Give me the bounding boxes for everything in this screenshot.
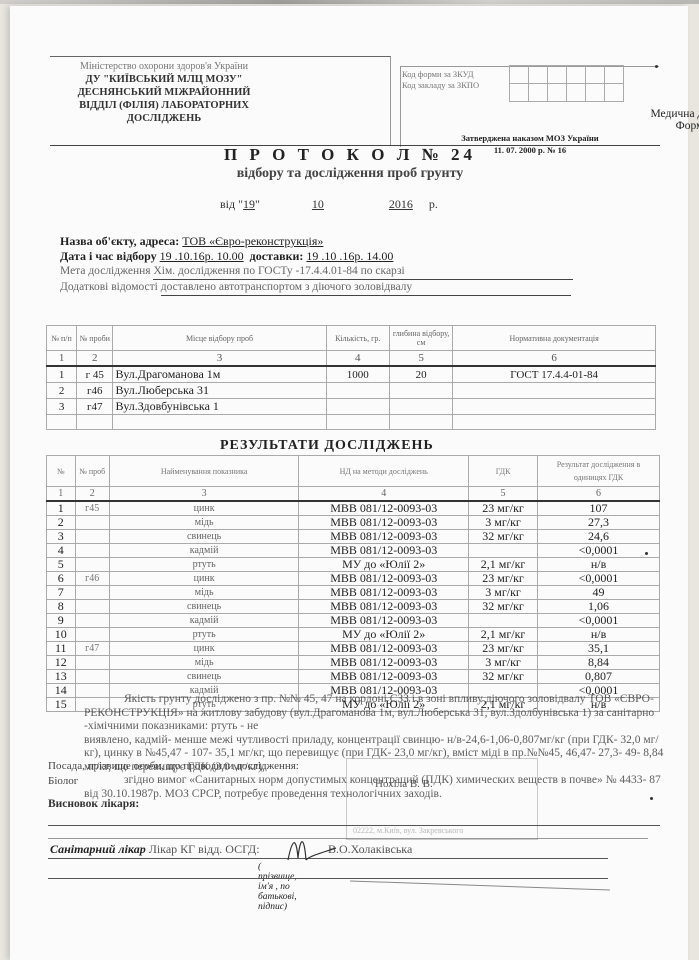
conclusion-p1: Якість грунту досліджено з пр. №№ 45, 47…: [84, 693, 664, 734]
norm-doc: [453, 399, 656, 415]
cell: [113, 415, 326, 430]
depth: [389, 383, 452, 399]
table-row: 11г47цинкМВВ 081/12-0093-0323 мг/кг35,1: [47, 642, 660, 656]
table-row: 2г46Вул.Люберська 31: [47, 383, 656, 399]
gdk-limit: 23 мг/кг: [469, 642, 538, 656]
delivery-value: 19 .10 .16р. 14.00: [306, 249, 393, 263]
sampling-label: Дата і час відбору: [60, 249, 157, 263]
table-row: 7мідьМВВ 081/12-0093-033 мг/кг49: [47, 586, 660, 600]
indicator-name: мідь: [109, 586, 298, 600]
indicator-name: кадмій: [109, 614, 298, 628]
column-header: Найменування показника: [109, 456, 298, 487]
probe-id: [75, 586, 109, 600]
cell: [77, 415, 113, 430]
method-doc: МУ до «Юлії 2»: [299, 558, 469, 572]
column-number: 5: [389, 351, 452, 367]
column-number: 1: [47, 351, 77, 367]
row-number: 8: [47, 600, 76, 614]
cell: [389, 415, 452, 430]
table-row: 5ртутьМУ до «Юлії 2»2,1 мг/кгн/в: [47, 558, 660, 572]
extra-value: доставлено автотранспортом з діючого зол…: [161, 280, 571, 296]
row-number: 4: [47, 544, 76, 558]
table-row: 3свинецьМВВ 081/12-0093-0332 мг/кг24,6: [47, 530, 660, 544]
column-header: № проб: [75, 456, 109, 487]
probe-id: [75, 530, 109, 544]
indicator-name: цинк: [109, 572, 298, 586]
med-doc-label: Медична документація: [402, 108, 699, 120]
department: Лікар КГ відд. ОСГД:: [149, 842, 260, 856]
row-number: 10: [47, 628, 76, 642]
column-header: №: [47, 456, 76, 487]
indicator-name: свинець: [109, 530, 298, 544]
method-doc: МВВ 081/12-0093-03: [299, 501, 469, 516]
table-row: 4кадмійМВВ 081/12-0093-03<0,0001: [47, 544, 660, 558]
method-doc: МВВ 081/12-0093-03: [299, 642, 469, 656]
page-fold-shadow: [0, 0, 699, 4]
norm-doc: ГОСТ 17.4.4-01-84: [453, 366, 656, 383]
stamp: 02222, м.Київ, вул. Закревського: [346, 758, 538, 840]
speck: [650, 797, 653, 800]
codes-labels: Код форми за ЗКУД Код закладу за ЗКПО: [402, 69, 479, 91]
approved-label: Затверджена наказом МОЗ України: [402, 132, 658, 144]
code-form-label: Код форми за ЗКУД: [402, 69, 479, 80]
result-value: 24,6: [538, 530, 660, 544]
column-header: глибина відбору, см: [389, 326, 452, 351]
org-line-4: ДОСЛІДЖЕНЬ: [54, 112, 274, 125]
probe-id: [75, 600, 109, 614]
date-year: 2016: [376, 197, 426, 212]
table-row: 9кадмійМВВ 081/12-0093-03<0,0001: [47, 614, 660, 628]
gdk-limit: 2,1 мг/кг: [469, 628, 538, 642]
column-header: Місце відбору проб: [113, 326, 326, 351]
result-value: 8,84: [538, 656, 660, 670]
protocol-title: П Р О Т О К О Л № 24 відбору та дослідже…: [200, 145, 500, 182]
indicator-name: мідь: [109, 516, 298, 530]
date-month: 10: [263, 197, 373, 212]
result-value: н/в: [538, 628, 660, 642]
row-number: 3: [47, 530, 76, 544]
row-number: 12: [47, 656, 76, 670]
purpose-value: Хім. дослідження по ГОСТу -17.4.4.01-84 …: [153, 264, 573, 280]
sampling-place: Вул.Здовбунівська 1: [113, 399, 326, 415]
sampling-place: Вул.Люберська 31: [113, 383, 326, 399]
gdk-limit: 32 мг/кг: [469, 670, 538, 684]
row-number: 13: [47, 670, 76, 684]
object-label: Назва об'єкту, адреса:: [60, 234, 179, 248]
row-number: 6: [47, 572, 76, 586]
gdk-limit: 3 мг/кг: [469, 586, 538, 600]
indicator-name: мідь: [109, 656, 298, 670]
row-number: 1: [47, 501, 76, 516]
row-number: 9: [47, 614, 76, 628]
protocol-meta: Назва об'єкту, адреса: ТОВ «Євро-реконст…: [60, 234, 573, 296]
column-header: Нормативна документація: [453, 326, 656, 351]
probe-id: г 45: [77, 366, 113, 383]
method-doc: МВВ 081/12-0093-03: [299, 544, 469, 558]
table-row: 8свинецьМВВ 081/12-0093-0332 мг/кг1,06: [47, 600, 660, 614]
method-doc: МВВ 081/12-0093-03: [299, 670, 469, 684]
column-header: № проби: [77, 326, 113, 351]
sampling-value: 19 .10.16р. 10.00: [160, 249, 244, 263]
result-value: <0,0001: [538, 572, 660, 586]
probe-id: [75, 544, 109, 558]
purpose-label: Мета дослідження: [60, 265, 151, 277]
row-number: 14: [47, 684, 76, 698]
method-doc: МВВ 081/12-0093-03: [299, 530, 469, 544]
org-line-1: ДУ "КИЇВСЬКИЙ МЛЦ МОЗУ": [54, 73, 274, 86]
result-value: 27,3: [538, 516, 660, 530]
gdk-limit: [469, 544, 538, 558]
code-inst-label: Код закладу за ЗКПО: [402, 80, 479, 91]
method-doc: МВВ 081/12-0093-03: [299, 586, 469, 600]
column-header: Результат дослідження в одиницях ГДК: [538, 456, 660, 487]
table-row: 10ртутьМУ до «Юлії 2»2,1 мг/кгн/в: [47, 628, 660, 642]
indicator-name: кадмій: [109, 544, 298, 558]
results-heading: РЕЗУЛЬТАТИ ДОСЛІДЖЕНЬ: [220, 438, 434, 454]
row-number: 1: [47, 366, 77, 383]
probe-id: [75, 670, 109, 684]
probe-id: [75, 558, 109, 572]
column-header: ГДК: [469, 456, 538, 487]
gdk-limit: 23 мг/кг: [469, 501, 538, 516]
speck: [645, 552, 648, 555]
result-value: 107: [538, 501, 660, 516]
column-number: 3: [109, 487, 298, 502]
column-number: 3: [113, 351, 326, 367]
result-value: 0,807: [538, 670, 660, 684]
result-value: 35,1: [538, 642, 660, 656]
protocol-subtitle: відбору та дослідження проб грунту: [200, 166, 500, 182]
probe-id: г47: [77, 399, 113, 415]
probe-id: [75, 628, 109, 642]
gdk-limit: 32 мг/кг: [469, 530, 538, 544]
org-line-3: ВІДДІЛ (ФІЛІЯ) ЛАБОРАТОРНИХ: [54, 99, 274, 112]
row-number: 7: [47, 586, 76, 600]
probe-id: г45: [75, 501, 109, 516]
quantity: [326, 399, 389, 415]
sampling-place: Вул.Драгоманова 1м: [113, 366, 326, 383]
table-row: 6г46цинкМВВ 081/12-0093-0323 мг/кг<0,000…: [47, 572, 660, 586]
method-doc: МВВ 081/12-0093-03: [299, 656, 469, 670]
gdk-limit: 23 мг/кг: [469, 572, 538, 586]
depth: 20: [389, 366, 452, 383]
samples-table: № п/п№ пробиМісце відбору пробКількість,…: [46, 325, 656, 430]
cell: [47, 415, 77, 430]
doctor-name: В.О.Холаківська: [328, 842, 412, 857]
result-value: <0,0001: [538, 614, 660, 628]
indicator-name: ртуть: [109, 558, 298, 572]
method-doc: МВВ 081/12-0093-03: [299, 572, 469, 586]
bio-label: Біолог: [48, 775, 78, 787]
indicator-name: ртуть: [109, 628, 298, 642]
conclusion-divider-2: [48, 838, 648, 839]
probe-id: г47: [75, 642, 109, 656]
handwritten-signature-icon: [280, 830, 340, 870]
gdk-limit: 3 мг/кг: [469, 656, 538, 670]
result-value: н/в: [538, 558, 660, 572]
row-number: 2: [47, 383, 77, 399]
gdk-limit: 3 мг/кг: [469, 516, 538, 530]
speck: [655, 65, 658, 68]
column-number: 2: [77, 351, 113, 367]
signature-block: Санітарний лікар Лікар КГ відд. ОСГД: В.…: [50, 842, 260, 857]
depth: [389, 399, 452, 415]
column-header: НД на методи досліджень: [299, 456, 469, 487]
column-number: 1: [47, 487, 76, 502]
doctor-label: Санітарний лікар: [50, 842, 146, 856]
table-row: 2мідьМВВ 081/12-0093-033 мг/кг27,3: [47, 516, 660, 530]
probe-id: [75, 614, 109, 628]
quantity: 1000: [326, 366, 389, 383]
method-doc: МУ до «Юлії 2»: [299, 628, 469, 642]
position-label: Посада, прізвище особи, що проводили дос…: [48, 760, 299, 772]
cell: [453, 415, 656, 430]
method-doc: МВВ 081/12-0093-03: [299, 600, 469, 614]
table-row: 13свинецьМВВ 081/12-0093-0332 мг/кг0,807: [47, 670, 660, 684]
organization-block: Міністерство охорони здоров'я України ДУ…: [54, 60, 274, 125]
result-value: 49: [538, 586, 660, 600]
empty-row: [47, 415, 656, 430]
conclusion-divider: [48, 825, 660, 826]
protocol-number: П Р О Т О К О Л № 24: [200, 145, 500, 165]
method-doc: МВВ 081/12-0093-03: [299, 614, 469, 628]
org-line-2: ДЕСНЯНСЬКИЙ МІЖРАЙОННИЙ: [54, 86, 274, 99]
form-number: Форма № 332: [402, 120, 699, 132]
column-number: 4: [326, 351, 389, 367]
result-value: <0,0001: [538, 544, 660, 558]
table-row: 3г47Вул.Здовбунівська 1: [47, 399, 656, 415]
column-number: 2: [75, 487, 109, 502]
column-number-row: 123456: [47, 351, 656, 367]
column-number: 5: [469, 487, 538, 502]
indicator-name: цинк: [109, 642, 298, 656]
norm-doc: [453, 383, 656, 399]
gdk-limit: 2,1 мг/кг: [469, 558, 538, 572]
column-header: № п/п: [47, 326, 77, 351]
protocol-date: від "19" 10 2016 р.: [220, 197, 438, 212]
table-row: 1г 45Вул.Драгоманова 1м100020ГОСТ 17.4.4…: [47, 366, 656, 383]
indicator-name: свинець: [109, 670, 298, 684]
stamp-text: 02222, м.Київ, вул. Закревського: [353, 826, 463, 835]
result-value: 1,06: [538, 600, 660, 614]
column-number-row: 123456: [47, 487, 660, 502]
indicator-name: свинець: [109, 600, 298, 614]
column-number: 6: [453, 351, 656, 367]
column-number: 6: [538, 487, 660, 502]
object-value: ТОВ «Євро-реконструкція»: [182, 234, 323, 248]
probe-id: [75, 516, 109, 530]
cell: [326, 415, 389, 430]
column-header: Кількість, гр.: [326, 326, 389, 351]
table-row: 1г45цинкМВВ 081/12-0093-0323 мг/кг107: [47, 501, 660, 516]
row-number: 11: [47, 642, 76, 656]
date-day: 19: [243, 197, 255, 212]
probe-id: г46: [77, 383, 113, 399]
ministry-name: Міністерство охорони здоров'я України: [54, 60, 274, 73]
results-table: №№ пробНайменування показникаНД на метод…: [46, 455, 660, 712]
gdk-limit: 32 мг/кг: [469, 600, 538, 614]
probe-id: г46: [75, 572, 109, 586]
quantity: [326, 383, 389, 399]
column-number: 4: [299, 487, 469, 502]
extra-label: Додаткові відомості: [60, 281, 158, 293]
gdk-limit: [469, 614, 538, 628]
row-number: 15: [47, 698, 76, 712]
row-number: 5: [47, 558, 76, 572]
row-number: 2: [47, 516, 76, 530]
delivery-label: доставки:: [250, 249, 304, 263]
probe-id: [75, 656, 109, 670]
method-doc: МВВ 081/12-0093-03: [299, 516, 469, 530]
conclusion-label: Висновок лікаря:: [48, 798, 139, 810]
indicator-name: цинк: [109, 501, 298, 516]
table-row: 12мідьМВВ 081/12-0093-033 мг/кг8,84: [47, 656, 660, 670]
row-number: 3: [47, 399, 77, 415]
signature-line-2: [48, 878, 608, 879]
code-grid: [510, 66, 624, 102]
